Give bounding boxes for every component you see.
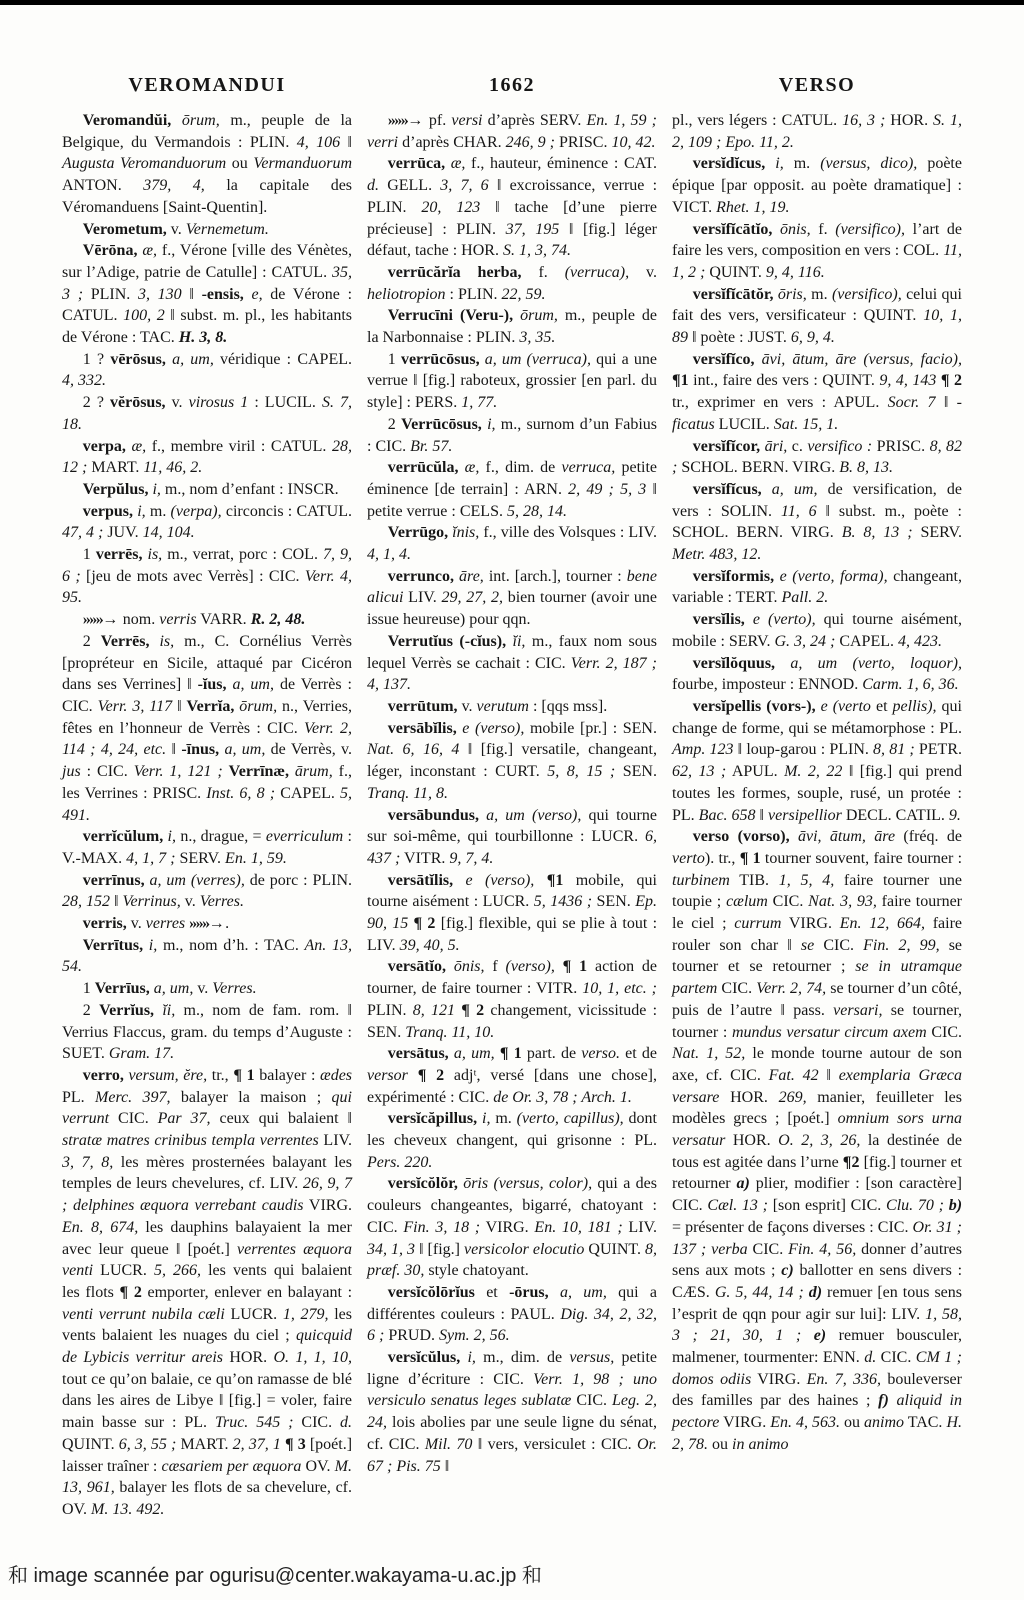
entry-text: Nat. 1, 52,: [672, 1045, 745, 1062]
entry-text: versus,: [569, 1349, 614, 1366]
entry-text: d.: [367, 177, 379, 194]
entry-text: GELL.: [379, 177, 440, 194]
entry-text: Fin. 2, 99,: [863, 937, 939, 954]
dictionary-entry: versĭfĭcor, āri, c. versifico : PRISC. 8…: [672, 436, 962, 479]
entry-text: En. 10, 181 ;: [534, 1219, 622, 1236]
entry-text: R. 2, 48.: [251, 611, 306, 628]
entry-text: -ōrus,: [509, 1284, 549, 1301]
entry-text: f): [878, 1392, 889, 1409]
dictionary-page-body: Veromandŭi, ōrum, m., peuple de la Belgi…: [0, 97, 1024, 1560]
entry-text: Fin. 3, 18 ;: [403, 1219, 480, 1236]
entry-text: Verpŭlus,: [83, 481, 149, 498]
entry-text: Mil. 70: [425, 1436, 473, 1453]
entry-text: ‖: [441, 1458, 450, 1475]
entry-text: stratæ matres crinibus templa verrentes: [62, 1132, 319, 1149]
entry-text: a, um,: [762, 481, 818, 498]
entry-text: balayer :: [255, 1067, 320, 1084]
entry-text: ‖: [756, 807, 769, 824]
entry-text: m., nom d’h. : TAC.: [157, 937, 304, 954]
entry-text: SERV.: [175, 850, 225, 867]
entry-text: QUINT.: [584, 1241, 645, 1258]
dictionary-entry: versĭfĭcātŏr, ōris, m. (versifico), celu…: [672, 284, 962, 349]
entry-text: virosus 1: [189, 394, 249, 411]
entry-text: 11, 6: [781, 503, 817, 520]
dictionary-entry: versĭcăpillus, i, m. (verto, capillus), …: [367, 1108, 657, 1173]
dictionary-entry: versĭcŏlŏr, ōris (versus, color), qui a …: [367, 1173, 657, 1282]
dictionary-entry: verrūtum, v. verutum : [qqs mss].: [367, 696, 657, 718]
entry-text: ¶ 3: [285, 1436, 306, 1453]
entry-text: m.: [784, 155, 820, 172]
entry-text: verrūcărĭa herba,: [388, 264, 522, 281]
entry-text: āri,: [760, 438, 787, 455]
entry-text: versātĭlis,: [388, 872, 453, 889]
dictionary-entry: Verometum, v. Vernemetum.: [62, 219, 352, 241]
entry-text: 4, 423.: [898, 633, 942, 650]
entry-text: ‖: [166, 741, 181, 758]
entry-text: verso.: [581, 1045, 620, 1062]
entry-text: 4, 332.: [62, 372, 106, 389]
entry-text: æ,: [458, 459, 479, 476]
entry-text: v.: [458, 698, 477, 715]
entry-text: ANTON.: [62, 177, 143, 194]
entry-text: CIC.: [293, 1414, 340, 1431]
entry-text: e (verso),: [457, 720, 525, 737]
entry-text: Verrĭa,: [187, 698, 235, 715]
entry-text: ‖ [fig.]: [415, 1241, 464, 1258]
entry-text: 246, 9 ;: [506, 134, 555, 151]
entry-text: M. 2, 22: [784, 763, 842, 780]
entry-text: 28, 152: [62, 893, 110, 910]
entry-text: 2: [83, 1002, 99, 1019]
entry-text: Verr. 3, 117: [98, 698, 173, 715]
entry-text: LUCR.: [93, 1262, 154, 1279]
entry-text: verto: [672, 850, 705, 867]
dictionary-entry: Vērōna, æ, f., Vérone [ville des Vénètes…: [62, 240, 352, 349]
entry-text: v.: [181, 893, 200, 910]
entry-text: VITR.: [400, 850, 449, 867]
entry-text: ¶ 1: [233, 1067, 254, 1084]
entry-text: ou: [708, 1436, 732, 1453]
entry-text: cæsariem per æquora: [162, 1458, 302, 1475]
dictionary-entry: Verpŭlus, i, m., nom d’enfant : INSCR.: [62, 479, 352, 501]
entry-text: Verrinus,: [123, 893, 181, 910]
entry-text: v.: [166, 394, 189, 411]
dictionary-entry: versĭfĭcātĭo, ōnis, f. (versifico), l’ar…: [672, 219, 962, 284]
entry-text: Verometum,: [83, 221, 167, 238]
dictionary-entry: versĭfĭco, āvi, ātum, āre (versus, facio…: [672, 349, 962, 436]
running-head: VEROMANDUI 1662 VERSO: [0, 0, 1024, 97]
entry-text: ōrum,: [513, 307, 558, 324]
entry-text: a, um (verruca),: [480, 351, 591, 368]
entry-text: i,: [163, 828, 176, 845]
entry-text: PL.: [62, 1089, 95, 1106]
entry-text: O. 2, 3, 26,: [778, 1132, 860, 1149]
entry-text: 1, 279,: [283, 1306, 329, 1323]
entry-text: 5, 266,: [154, 1262, 201, 1279]
entry-text: emporter, enlever en balayant :: [142, 1284, 352, 1301]
entry-text: mundus versatur circum axem: [732, 1024, 927, 1041]
entry-text: e (verto, forma),: [774, 568, 888, 585]
entry-text: PLIN.: [367, 1002, 413, 1019]
entry-text: ¶ 2: [418, 1067, 444, 1084]
entry-text: versĭfĭcātŏr,: [693, 286, 774, 303]
entry-text: a, um,: [449, 1045, 495, 1062]
entry-text: Cæl. 13 ;: [707, 1197, 768, 1214]
entry-text: En. 7, 336,: [807, 1371, 881, 1388]
entry-text: verri: [367, 134, 398, 151]
page-number: 1662: [367, 74, 657, 97]
entry-text: versĭfĭco,: [693, 351, 755, 368]
entry-text: 4, 1, 7 ;: [126, 850, 175, 867]
entry-text: TIB.: [730, 872, 779, 889]
entry-text: 4, 1, 4.: [367, 546, 411, 563]
scan-edge-line: [0, 0, 1024, 5]
entry-text: f., hauteur, éminence : CAT.: [465, 155, 657, 172]
entry-text: versari,: [833, 1002, 882, 1019]
entry-text: a, um,: [227, 676, 274, 693]
entry-text: [801, 1327, 814, 1344]
entry-text: c.: [787, 438, 807, 455]
entry-text: B. 8, 13 ;: [842, 524, 913, 541]
entry-text: 2 ?: [83, 394, 110, 411]
entry-text: (versifico),: [835, 221, 905, 238]
entry-text: [534, 872, 546, 889]
entry-text: VIRG.: [781, 915, 839, 932]
entry-text: ōris (versus, color),: [458, 1175, 592, 1192]
entry-text: ‖: [819, 1067, 839, 1084]
entry-text: 3, 7, 8,: [62, 1154, 113, 1171]
entry-text: ōrum,: [234, 698, 277, 715]
entry-text: HOR.: [719, 1089, 778, 1106]
entry-text: Fin. 4, 56,: [788, 1241, 856, 1258]
entry-text: 269,: [779, 1089, 807, 1106]
entry-text: 1, 5, 4,: [779, 872, 834, 889]
remark-arrow-icon: »»»→: [189, 915, 225, 932]
dictionary-entry: versĭlŏquus, a, um (verto, loquor), four…: [672, 653, 962, 696]
dictionary-entry: verso (vorso), āvi, ātum, āre (fréq. de …: [672, 826, 962, 1455]
entry-text: f: [485, 958, 506, 975]
entry-text: LIV.: [319, 1132, 352, 1149]
entry-text: Verrutĭus (-cĭus),: [388, 633, 506, 650]
entry-text: Verrucīni (Veru-),: [388, 307, 513, 324]
entry-text: b): [949, 1197, 962, 1214]
entry-text: 8, 121: [413, 1002, 455, 1019]
entry-text: ¶ 2: [941, 372, 962, 389]
entry-text: Augusta Veromanduorum: [62, 155, 226, 172]
entry-text: pellis),: [893, 698, 937, 715]
entry-text: Carm. 1, 6, 36.: [862, 676, 958, 693]
entry-text: ædes: [320, 1067, 352, 1084]
entry-text: de Verrès, v.: [265, 741, 352, 758]
entry-text: 2: [83, 633, 101, 650]
entry-text: Amp. 123: [672, 741, 734, 758]
entry-text: verrĭcŭlum,: [83, 828, 163, 845]
dictionary-entry: pl., vers légers : CATUL. 16, 3 ; HOR. S…: [672, 110, 962, 153]
entry-text: 379, 4,: [143, 177, 205, 194]
entry-text: 20, 123: [421, 199, 480, 216]
entry-text: 100, 2: [123, 307, 165, 324]
dictionary-entry: versĭpellis (vors-), e (verto et pellis)…: [672, 696, 962, 826]
dictionary-entry: versĭfĭcus, a, um, de versification, de …: [672, 479, 962, 566]
entry-text: PRUD.: [384, 1327, 439, 1344]
entry-text: Truc. 545 ;: [215, 1414, 294, 1431]
entry-text: SEN.: [592, 893, 635, 910]
entry-text: āvi, ātum, āre: [790, 828, 895, 845]
dictionary-entry: »»»→ pf. versi d’après SERV. En. 1, 59 ;…: [367, 110, 657, 153]
entry-text: d): [809, 1284, 822, 1301]
entry-text: ‖ vers, versiculet : CIC.: [472, 1436, 637, 1453]
entry-text: 14, 104.: [143, 524, 195, 541]
entry-text: animo: [864, 1414, 904, 1431]
dictionary-entry: Veromandŭi, ōrum, m., peuple de la Belgi…: [62, 110, 352, 219]
entry-text: i,: [460, 1349, 476, 1366]
entry-text: ‖: [182, 286, 202, 303]
dictionary-entry: verris, v. verres »»»→.: [62, 913, 352, 935]
dictionary-entry: versĭformis, e (verto, forma), changeant…: [672, 566, 962, 609]
entry-text: ‖: [110, 893, 123, 910]
entry-text: CIC.: [814, 937, 863, 954]
entry-text: HOR.: [885, 112, 933, 129]
entry-text: Pers. 220.: [367, 1154, 432, 1171]
entry-text: verrunco,: [388, 568, 454, 585]
entry-text: SERV.: [913, 524, 962, 541]
entry-text: (versus, dico),: [820, 155, 917, 172]
entry-text: versĭdĭcus,: [693, 155, 765, 172]
entry-text: i,: [143, 937, 157, 954]
entry-text: jus: [62, 763, 81, 780]
entry-text: balayer la maison ;: [171, 1089, 332, 1106]
entry-text: Verr. 1, 98 ;: [533, 1371, 624, 1388]
entry-text: En. 8, 674,: [62, 1219, 138, 1236]
entry-text: everriculum: [266, 828, 343, 845]
entry-text: n., drague, =: [176, 828, 266, 845]
entry-text: -īnus,: [181, 741, 219, 758]
entry-text: de porc : PLIN.: [245, 872, 352, 889]
entry-text: mobile [pr.] : SEN.: [524, 720, 657, 737]
entry-text: versĭfĭcus,: [693, 481, 762, 498]
entry-text: v.: [127, 915, 146, 932]
dictionary-entry: verpa, æ, f., membre viril : CATUL. 28, …: [62, 436, 352, 479]
entry-text: ou: [226, 155, 253, 172]
remark-arrow-icon: »»»→: [83, 611, 119, 628]
entry-text: 8, 81 ;: [873, 741, 915, 758]
entry-text: PETR.: [915, 741, 962, 758]
entry-text: SCHOL. BERN. VIRG.: [677, 459, 839, 476]
entry-text: QUINT.: [62, 1436, 119, 1453]
entry-text: Verrĭus,: [99, 1002, 154, 1019]
entry-text: 29, 27, 2,: [442, 589, 503, 606]
entry-text: m.: [490, 1110, 516, 1127]
entry-text: pf.: [424, 112, 452, 129]
entry-text: : PLIN.: [446, 286, 502, 303]
entry-text: i,: [133, 503, 146, 520]
entry-text: Gram. 17.: [109, 1045, 174, 1062]
entry-text: ¶ 1: [500, 1045, 522, 1062]
entry-text: ōnis,: [772, 221, 810, 238]
entry-text: En. 12, 664,: [840, 915, 925, 932]
dictionary-entry: versĭcŭlus, i, m., dim. de versus, petit…: [367, 1347, 657, 1477]
entry-text: (versifico),: [832, 286, 902, 303]
entry-text: OV.: [301, 1458, 334, 1475]
entry-text: a, um,: [549, 1284, 607, 1301]
entry-text: verrīnus,: [83, 872, 145, 889]
entry-text: verrēs,: [96, 546, 143, 563]
entry-text: (verso),: [506, 958, 555, 975]
entry-text: CIC.: [109, 1110, 158, 1127]
column-1: Veromandŭi, ōrum, m., peuple de la Belgi…: [62, 110, 352, 1560]
entry-text: VIRG.: [304, 1197, 352, 1214]
entry-text: 1: [83, 546, 96, 563]
entry-text: .: [225, 915, 229, 932]
dictionary-entry: 2 Verrēs, is, m., C. Cornélius Verrès [p…: [62, 631, 352, 826]
entry-text: versi: [451, 112, 482, 129]
entry-text: 37, 195: [506, 221, 560, 238]
entry-text: Tranq. 11, 8.: [367, 785, 448, 802]
entry-text: DECL. CATIL.: [842, 807, 949, 824]
entry-text: de Or. 3, 78 ; Arch. 1.: [493, 1089, 632, 1106]
entry-text: f., ville des Volsques : LIV.: [479, 524, 657, 541]
entry-text: 6, 3, 55 ;: [119, 1436, 177, 1453]
entry-text: a, um,: [219, 741, 265, 758]
entry-text: 1: [388, 351, 401, 368]
entry-text: versĭlŏquus,: [693, 655, 775, 672]
entry-text: ōrum,: [171, 112, 219, 129]
entry-text: m.: [807, 286, 832, 303]
entry-text: ōris,: [774, 286, 807, 303]
entry-text: PLIN.: [83, 286, 138, 303]
entry-text: 6, 9, 4.: [791, 329, 835, 346]
entry-text: v.: [629, 264, 657, 281]
entry-text: CIC.: [876, 1349, 916, 1366]
entry-text: int. [arch.], tourner :: [484, 568, 627, 585]
entry-text: 1: [83, 980, 95, 997]
entry-text: a, um (verto, loquor),: [775, 655, 962, 672]
entry-text: heliotropion: [367, 286, 446, 303]
entry-text: verutum: [477, 698, 529, 715]
entry-text: Socr. 7: [888, 394, 936, 411]
entry-text: ĭi,: [154, 1002, 175, 1019]
dictionary-entry: verro, versum, ĕre, tr., ¶ 1 balayer : æ…: [62, 1065, 352, 1521]
entry-text: d’après SERV.: [483, 112, 587, 129]
scan-watermark: 和 image scannée par ogurisu@center.wakay…: [8, 1559, 542, 1588]
dictionary-entry: versātĭlis, e (verso), ¶1 mobile, qui to…: [367, 870, 657, 957]
dictionary-entry: versātus, a, um, ¶ 1 part. de verso. et …: [367, 1043, 657, 1108]
entry-text: Pall. 2.: [782, 589, 829, 606]
entry-text: m., dim. de: [476, 1349, 569, 1366]
entry-text: circoncis : CATUL.: [222, 503, 352, 520]
entry-text: versābĭlis,: [388, 720, 457, 737]
entry-text: versĭfĭcor,: [693, 438, 760, 455]
entry-text: 11, 46, 2.: [143, 459, 202, 476]
entry-text: turbinem: [672, 872, 730, 889]
entry-text: a, um,: [166, 351, 214, 368]
entry-text: ‖: [340, 134, 352, 151]
entry-text: verpus,: [83, 503, 133, 520]
entry-text: O. 1, 1, 10,: [273, 1349, 352, 1366]
entry-text: LIV.: [623, 1219, 657, 1236]
entry-text: 9, 4, 143: [879, 372, 936, 389]
entry-text: verrūcōsus,: [401, 351, 480, 368]
entry-text: fourbe, imposteur : ENNOD.: [672, 676, 862, 693]
entry-text: En. 4, 563.: [770, 1414, 840, 1431]
entry-text: : CIC.: [81, 763, 134, 780]
entry-text: Nat. 3, 93,: [808, 893, 877, 910]
entry-text: Br. 57.: [410, 438, 452, 455]
entry-text: = présenter de façons diverses : CIC.: [672, 1219, 913, 1236]
entry-text: : [qqs mss].: [529, 698, 607, 715]
entry-text: se: [801, 937, 814, 954]
entry-text: Tranq. 11, 10.: [405, 1024, 494, 1041]
entry-text: 9.: [949, 807, 961, 824]
dictionary-entry: 1 verrūcōsus, a, um (verruca), qui a une…: [367, 349, 657, 414]
entry-text: a, um (verso),: [479, 807, 581, 824]
entry-text: ¶ 2: [414, 915, 436, 932]
entry-text: CIC.: [717, 980, 756, 997]
dictionary-entry: verpus, i, m. (verpa), circoncis : CATUL…: [62, 501, 352, 544]
entry-text: Vērōna,: [83, 242, 138, 259]
entry-text: venti verrunt nubila cæli: [62, 1306, 225, 1323]
entry-text: i,: [765, 155, 783, 172]
entry-text: En. 1, 59 ;: [587, 112, 657, 129]
entry-text: VARR.: [197, 611, 251, 628]
entry-text: HOR.: [223, 1349, 273, 1366]
entry-text: MART.: [87, 459, 143, 476]
entry-text: m.: [146, 503, 171, 520]
entry-text: LUCR.: [225, 1306, 283, 1323]
entry-text: 5, 1436 ;: [534, 893, 592, 910]
entry-text: Metr. 483, 12.: [672, 546, 761, 563]
entry-text: verres: [146, 915, 185, 932]
entry-text: verrūca,: [388, 155, 445, 172]
entry-text: TAC.: [904, 1414, 946, 1431]
entry-text: a): [737, 1175, 750, 1192]
entry-text: CM 1 ;: [916, 1349, 962, 1366]
entry-text: H. 3, 8.: [179, 329, 227, 346]
entry-text: i,: [477, 1110, 490, 1127]
entry-text: 16, 3 ;: [842, 112, 885, 129]
entry-text: verso (vorso),: [693, 828, 790, 845]
entry-text: verpa,: [83, 438, 126, 455]
entry-text: [408, 1067, 418, 1084]
entry-text: 3, 35.: [519, 329, 555, 346]
entry-text: ‖: [172, 698, 186, 715]
dictionary-entry: 1 verrēs, is, m., verrat, porc : COL. 7,…: [62, 544, 352, 609]
entry-text: ¶1: [672, 372, 689, 389]
entry-text: ). tr.,: [705, 850, 740, 867]
entry-text: 2, 49 ; 5, 3: [568, 481, 646, 498]
entry-text: versābundus,: [388, 807, 479, 824]
entry-text: 5, 8, 15 ;: [547, 763, 615, 780]
entry-text: æ,: [137, 242, 157, 259]
entry-text: SEN.: [615, 763, 657, 780]
entry-text: [555, 958, 563, 975]
entry-text: e (verso),: [453, 872, 534, 889]
entry-text: ārum,: [289, 763, 333, 780]
entry-text: ‖ loup-garou : PLIN.: [734, 741, 874, 758]
entry-text: e (verto),: [745, 611, 816, 628]
entry-text: ĭi,: [506, 633, 525, 650]
entry-text: S. 1, 3, 74.: [503, 242, 571, 259]
entry-text: Verrīus,: [95, 980, 150, 997]
entry-text: a, um (verres),: [145, 872, 245, 889]
dictionary-entry: versĭlis, e (verto), qui tourne aisément…: [672, 609, 962, 652]
entry-text: delphines æquora verrebant caudis: [73, 1197, 304, 1214]
entry-text: æ,: [126, 438, 146, 455]
dictionary-entry: verrĭcŭlum, i, n., drague, = everriculum…: [62, 826, 352, 869]
entry-text: Rhet. 1, 19.: [716, 199, 789, 216]
entry-text: -ĭus,: [198, 676, 227, 693]
entry-text: Verrītus,: [83, 937, 143, 954]
